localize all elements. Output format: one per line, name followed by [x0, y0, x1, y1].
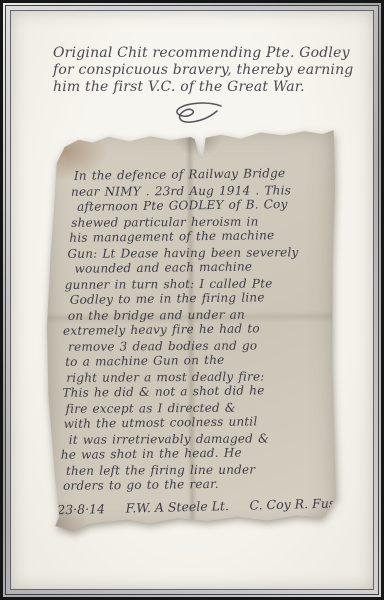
chit-line: In the defence of Railway Bridge	[74, 165, 337, 184]
chit-unit: C. Coy R. Fus	[249, 495, 335, 512]
chit-line: This he did & not a shot did he	[62, 382, 338, 401]
caption-line-1: Original Chit recommending Pte. Godley	[53, 45, 353, 62]
caption-line-3: him the first V.C. of the Great War.	[53, 79, 353, 96]
chit-line: afternoon Pte GODLEY of B. Coy	[77, 196, 337, 215]
handwritten-chit: In the defence of Railway Bridge near NI…	[43, 125, 340, 535]
signature-row: 23·8·14 F.W. A Steele Lt. C. Coy R. Fus	[45, 495, 339, 517]
chit-line: his management of the machine	[69, 227, 337, 246]
caption-text: Original Chit recommending Pte. Godley f…	[53, 45, 353, 96]
chit-line: orders to go to the rear.	[63, 475, 339, 494]
picture-frame: Original Chit recommending Pte. Godley f…	[0, 0, 384, 600]
chit-line: Godley to me in the firing line	[70, 289, 338, 308]
chit-signature: F.W. A Steele Lt.	[125, 498, 229, 516]
flourish-icon	[167, 99, 225, 129]
caption-line-2: for conspicuous bravery, thereby earning	[53, 62, 353, 79]
chit-line: extremely heavy fire he had to	[63, 320, 338, 339]
chit-line: to a machine Gun on the	[65, 351, 338, 370]
matte-board: Original Chit recommending Pte. Godley f…	[11, 11, 373, 589]
chit-line: with the utmost coolness until	[64, 413, 339, 432]
frame-line-inner: Original Chit recommending Pte. Godley f…	[10, 10, 374, 590]
chit-body: In the defence of Railway Bridge near NI…	[43, 125, 340, 495]
chit-paper-wrap: In the defence of Railway Bridge near NI…	[44, 126, 338, 534]
framed-document-photo: Original Chit recommending Pte. Godley f…	[0, 0, 384, 600]
frame-line-outer: Original Chit recommending Pte. Godley f…	[5, 5, 379, 595]
chit-line: wounded and each machine	[74, 258, 337, 277]
frame-band-inner: Original Chit recommending Pte. Godley f…	[6, 6, 378, 594]
chit-date: 23·8·14	[57, 501, 105, 517]
chit-line: he was shot in the head. He	[61, 444, 339, 463]
frame-band-outer: Original Chit recommending Pte. Godley f…	[3, 3, 381, 597]
